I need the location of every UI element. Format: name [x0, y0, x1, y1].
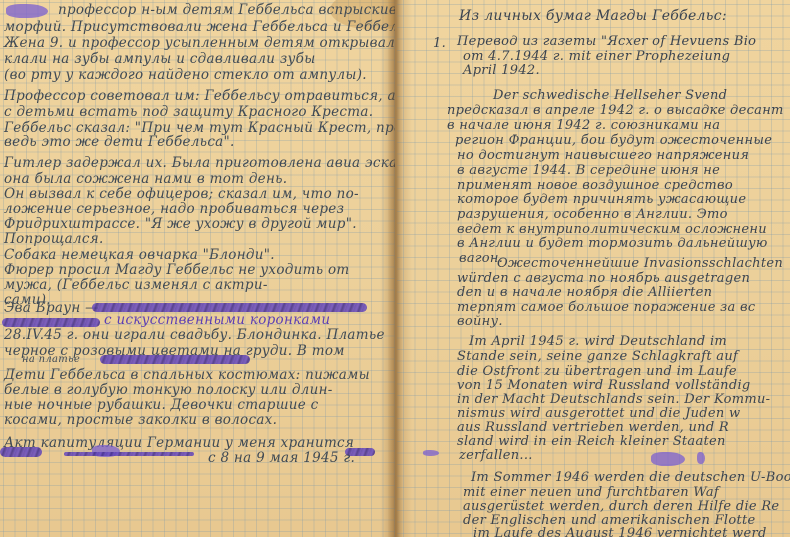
ink-blot — [6, 4, 48, 18]
ink-blot — [651, 452, 685, 466]
text-line: ные ночные рубашки. Девочки старшие с — [4, 397, 319, 413]
text-line: Перевод из газеты "Ясхer of Hevuens Bio — [457, 34, 756, 49]
text-line: косами, простые заколки в волосах. — [4, 412, 277, 428]
text-line: Жена 9. и профессор усыпленным детям отк… — [4, 35, 395, 51]
purple-strikethrough — [100, 355, 250, 364]
text-line: терпят самое большое поражение за вс — [457, 300, 755, 315]
text-line: Фридрихштрассе. "Я же ухожу в другой мир… — [4, 216, 357, 232]
text-line: регион Франции, бои будут ожесточенные — [455, 133, 772, 148]
text-line: aus Russland vertrieben werden, und R — [457, 420, 729, 435]
text-line: mit einer neuen und furchtbaren Waf — [463, 485, 719, 500]
text-line: клали на зубы ампулы и сдавливали зубы — [4, 51, 316, 67]
text-line: с детьми встать под защиту Красного Крес… — [4, 104, 373, 120]
text-line: nismus wird ausgerottet und die Juden w — [457, 406, 740, 421]
text-line: Собака немецкая овчарка "Блонди". — [4, 247, 275, 263]
text-line: April 1942. — [463, 63, 540, 78]
text-line: предсказал в апреле 1942 г. о высадке де… — [447, 103, 784, 118]
text-line: ложение серьезное, надо пробиваться чере… — [4, 201, 344, 217]
text-line: с искусственными коронками — [104, 312, 330, 328]
text-line: в августе 1944. В середине июня не — [457, 163, 720, 178]
text-line: Stande sein, seine ganze Schlagkraft auf — [457, 349, 738, 364]
text-line: die Ostfront zu übertragen und im Laufe — [457, 364, 737, 379]
text-line: которое будет причинять ужасающие — [457, 192, 746, 207]
text-line: она была сожжена нами в тот день. — [4, 171, 287, 187]
text-line: den и в начале ноября die Alliierten — [457, 285, 712, 300]
text-line: ведь это же дети Геббельса". — [4, 134, 235, 150]
gutter-shadow — [388, 0, 402, 537]
text-line: ausgerüstet werden, durch deren Hilfe di… — [463, 499, 779, 514]
text-line: в Англии и будет тормозить дальнейшую — [457, 236, 768, 251]
text-line: Гитлер задержал их. Была приготовлена ав… — [4, 155, 395, 171]
text-line: sland wird in ein Reich kleiner Staaten — [457, 434, 726, 449]
right-page: Из личных бумаг Магды Геббельс: 1. Перев… — [397, 0, 790, 537]
text-line: würden с августа по ноябрь ausgetragen — [457, 271, 750, 286]
text-line: im Laufe des August 1946 vernichtet werd — [473, 526, 767, 537]
page-heading: Из личных бумаг Магды Геббельс: — [459, 8, 727, 24]
text-line: мужа, (Геббельс изменял с актри- — [4, 277, 268, 293]
text-line: белые в голубую тонкую полоску или длин- — [4, 382, 333, 398]
left-page: профессор н-ым детям Геббельса вспрыскив… — [0, 0, 395, 537]
item-number: 1. — [433, 36, 446, 51]
text-line: от 4.7.1944 г. mit einer Prophezeiung — [463, 49, 730, 64]
text-line: профессор н-ым детям Геббельса вспрыскив… — [58, 2, 395, 18]
text-line: ведет к внутриполитическим осложнени — [457, 222, 767, 237]
text-line: Он вызвал к себе офицеров; сказал им, чт… — [4, 186, 359, 202]
text-line: войну. — [457, 314, 503, 329]
purple-strikethrough — [2, 318, 100, 327]
text-line: морфий. Присутствовали жена Геббельса и … — [4, 19, 395, 35]
text-line: Im Sommer 1946 werden die deutschen U-Bo… — [471, 470, 790, 485]
text-line: но достигнут наивысшего напряжения — [457, 148, 749, 163]
ink-blot — [697, 452, 705, 464]
text-line: Ожесточеннейшие Invasionsschlachten — [497, 256, 783, 271]
purple-strikethrough — [64, 452, 194, 456]
purple-strikethrough — [92, 303, 367, 312]
text-line: Фюрер просил Магду Геббельс не уходить о… — [4, 262, 350, 278]
notebook-spread: профессор н-ым детям Геббельса вспрыскив… — [0, 0, 790, 537]
text-line: с 8 на 9 мая 1945 г. — [208, 450, 355, 466]
text-line: (во рту у каждого найдено стекло от ампу… — [4, 67, 367, 83]
text-line: применят новое воздушное средство — [457, 178, 733, 193]
ink-blot — [423, 450, 439, 456]
text-line: Эва Браун — — [4, 300, 99, 316]
purple-strikethrough — [0, 447, 42, 457]
text-line: в начале июня 1942 г. союзниками на — [447, 118, 720, 133]
insertion-note: на платье — [22, 354, 80, 365]
text-line: Профессор советовал им: Геббельсу отрави… — [4, 88, 395, 104]
text-line: Дети Геббельса в спальных костюмах: пижа… — [4, 367, 370, 383]
text-line: разрушения, особенно в Англии. Это — [457, 207, 728, 222]
text-line: Попрощался. — [4, 231, 104, 247]
text-line: 28.IV.45 г. они играли свадьбу. Блондинк… — [4, 327, 385, 343]
text-line: von 15 Monaten wird Russland vollständig — [457, 378, 751, 393]
text-line: Der schwedische Hellseher Svend — [493, 88, 727, 103]
text-line: zerfallen... — [459, 448, 533, 463]
text-line: in der Macht Deutschlands sein. Der Komm… — [457, 392, 770, 407]
text-line: Акт капитуляции Германии у меня хранится — [4, 435, 354, 451]
text-line: Im April 1945 г. wird Deutschland im — [469, 334, 727, 349]
